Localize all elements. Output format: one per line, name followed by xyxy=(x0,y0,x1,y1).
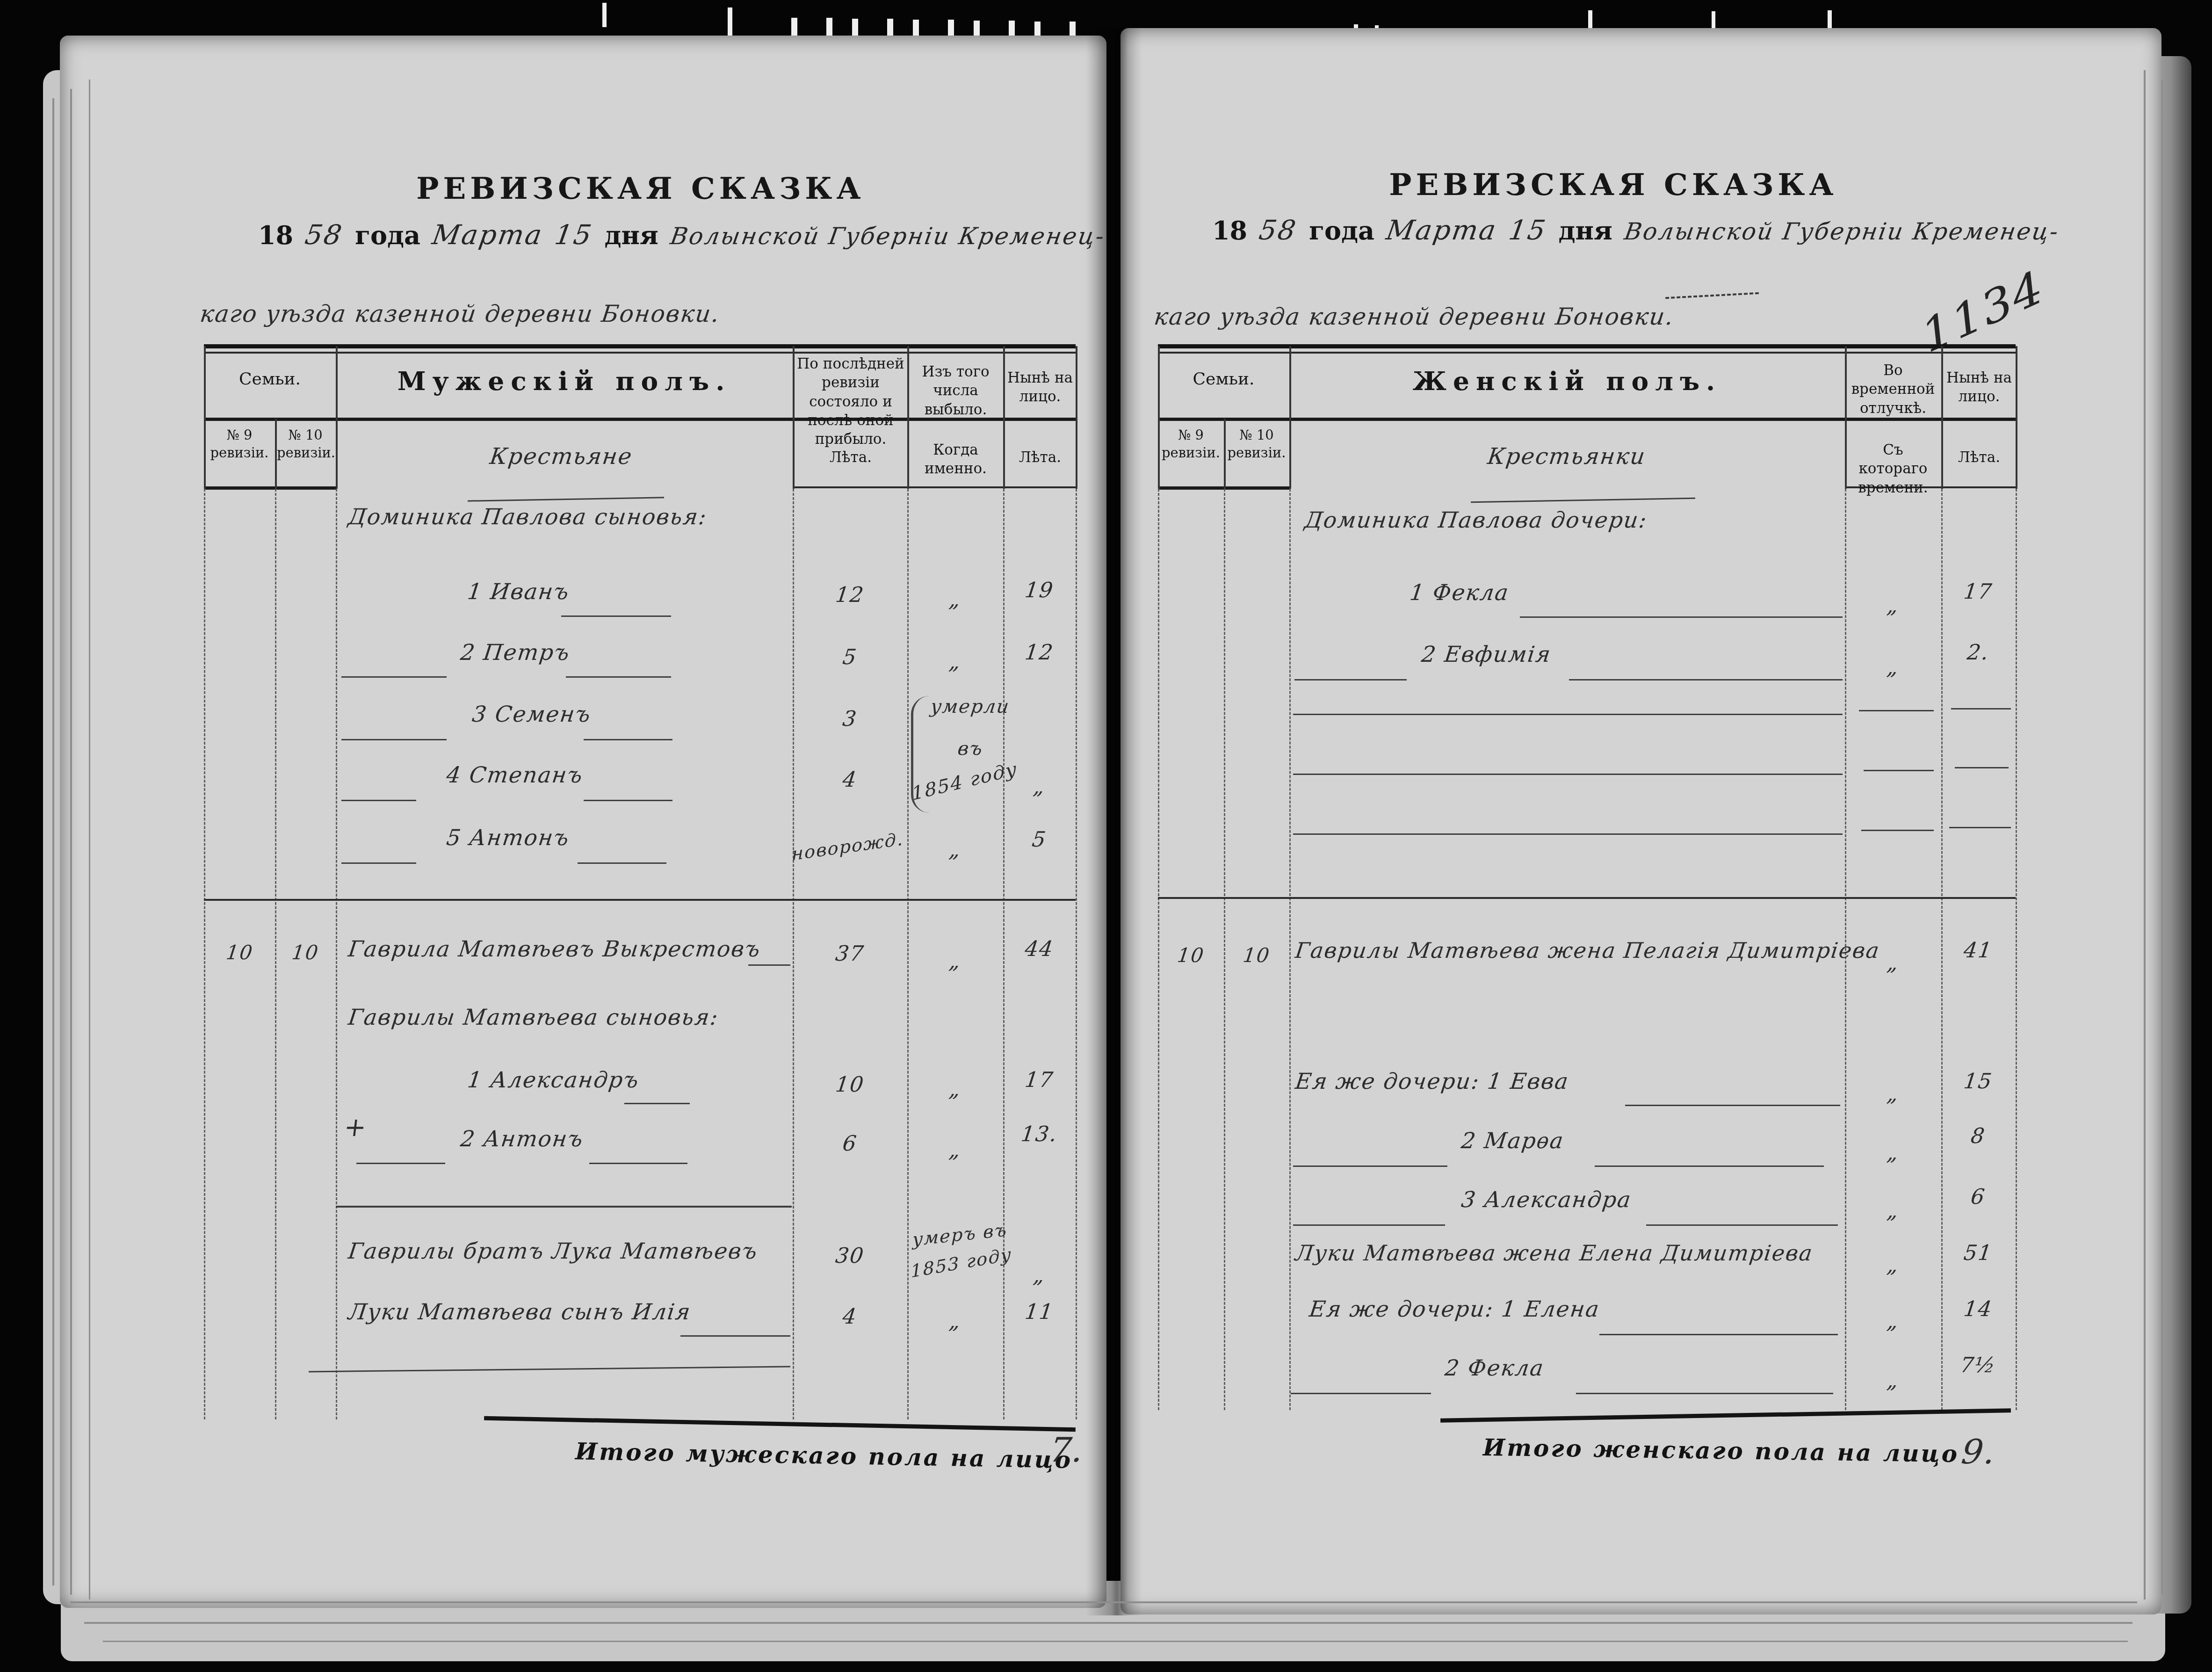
death-note-line2: въ xyxy=(956,738,984,760)
printed-year-prefix: 18 xyxy=(258,220,293,250)
family-no-10th: 10 xyxy=(275,941,335,964)
person-name: Ея же дочери: 1 Евва xyxy=(1294,1069,1570,1094)
person-name: 1 Иванъ xyxy=(466,579,571,605)
person-name: 5 Антонъ xyxy=(445,825,571,851)
col-present-header: Нынѣ на лицо. xyxy=(1005,369,1075,406)
table-rule xyxy=(204,352,1076,354)
since-when: „ xyxy=(1846,655,1941,680)
age-now: 12 xyxy=(1004,640,1075,665)
when-departed: „ xyxy=(908,1077,1003,1101)
person-name: 2 Марѳа xyxy=(1460,1128,1566,1154)
person-name: 2 Фекла xyxy=(1444,1355,1546,1381)
blank-row-dash xyxy=(1861,830,1934,831)
col-absent-sub: Съ котораго времени. xyxy=(1847,441,1939,497)
col-absent-header: Во временной отлучкѣ. xyxy=(1847,361,1939,418)
death-note-line1: умерли xyxy=(929,696,1011,717)
age-last-revision: 5 xyxy=(794,644,907,669)
table-column-line xyxy=(793,346,795,489)
family-group-header: Доминика Павлова сыновья: xyxy=(347,504,708,530)
family-divider xyxy=(204,899,1076,901)
lead-dash xyxy=(1293,1165,1447,1167)
age-now: 41 xyxy=(1942,938,2015,963)
female-total-value: 9. xyxy=(1959,1432,1998,1471)
hw-month: Марта xyxy=(430,219,545,251)
lead-dash xyxy=(356,1163,445,1164)
table-column-line xyxy=(1224,419,1226,489)
table-column-line xyxy=(1076,346,1077,489)
since-when: „ xyxy=(1846,1081,1941,1106)
family-no-9th: 10 xyxy=(204,941,275,964)
person-name: 3 Александра xyxy=(1460,1187,1633,1213)
male-total-value: 7. xyxy=(1048,1430,1086,1469)
blank-row-dash xyxy=(1949,827,2011,828)
person-name: Гаврила Матвѣевъ Выкрестовъ xyxy=(347,936,762,962)
left-place-line: каго уѣзда казенной деревни Боновки. xyxy=(198,300,721,327)
since-when: „ xyxy=(1846,1252,1941,1277)
col-male-header: Мужескій полъ. xyxy=(336,366,793,396)
lead-dash xyxy=(341,862,416,864)
table-column-line xyxy=(2016,346,2017,489)
age-now: „ xyxy=(1004,1263,1075,1288)
hw-day: 15 xyxy=(1506,214,1549,246)
when-departed: „ xyxy=(908,1309,1003,1333)
printed-dnya: дня xyxy=(1559,216,1612,246)
fill-line xyxy=(566,676,671,678)
age-last-revision: 37 xyxy=(794,941,907,966)
fill-line xyxy=(1576,1393,1833,1394)
person-name: Луки Матвѣева сынъ Илія xyxy=(347,1299,693,1325)
blank-row-dash xyxy=(1951,708,2011,709)
lead-dash xyxy=(1294,679,1407,680)
age-last-revision: 4 xyxy=(794,767,907,792)
film-tick xyxy=(602,3,607,27)
since-when: „ xyxy=(1846,1198,1941,1223)
family-divider xyxy=(1158,897,2016,899)
table-column-line xyxy=(1845,346,1847,489)
person-name: 2 Антонъ xyxy=(459,1126,585,1152)
age-now: 14 xyxy=(1942,1296,2015,1321)
since-when: „ xyxy=(1846,593,1941,618)
page-edge xyxy=(103,1641,2128,1642)
col-family-header: Семьи. xyxy=(1158,369,1289,389)
table-column-line xyxy=(1158,346,1160,489)
fill-line xyxy=(1599,1334,1838,1335)
col-family-header: Семьи. xyxy=(204,369,336,389)
table-column-line xyxy=(1076,489,1077,1419)
blank-row-dash xyxy=(1859,710,1934,711)
person-name: 2 Евфимія xyxy=(1420,642,1553,667)
blank-row-line xyxy=(1293,774,1843,775)
table-column-line xyxy=(1289,489,1291,1410)
family-no-9th: 10 xyxy=(1158,944,1223,967)
fill-line xyxy=(578,862,666,864)
col-rev10-header: № 10 ревизіи. xyxy=(1226,427,1287,462)
table-column-line xyxy=(907,489,909,1419)
lead-dash xyxy=(341,739,447,740)
age-now: 5 xyxy=(1004,827,1075,852)
age-now: 13. xyxy=(1004,1122,1075,1146)
person-name: 1 Фекла xyxy=(1409,580,1511,606)
lead-dash xyxy=(1293,1224,1445,1226)
table-rule xyxy=(1158,352,2016,354)
family-group-header: Доминика Павлова дочери: xyxy=(1303,507,1649,533)
family-no-10th: 10 xyxy=(1225,944,1288,967)
col-lastrev-header: По послѣдней ревизіи состояло и послѣ он… xyxy=(796,355,905,449)
fill-line xyxy=(1646,1224,1838,1226)
right-date-line: 1858 года Марта 15 дня Волынской Губерні… xyxy=(1212,214,2059,246)
person-name: 2 Петръ xyxy=(459,640,571,666)
age-last-revision: 3 xyxy=(794,706,907,731)
hw-year: 58 xyxy=(1257,214,1300,246)
page-edge xyxy=(70,1601,2137,1603)
page-edge xyxy=(2161,80,2163,1595)
when-departed: „ xyxy=(908,837,1003,862)
age-now: 19 xyxy=(1004,578,1075,602)
lead-dash xyxy=(341,800,416,801)
col-departed-sub: Когда именно. xyxy=(910,441,1001,478)
when-departed: „ xyxy=(908,649,1003,674)
age-now: 8 xyxy=(1942,1123,2015,1148)
hw-province: Волынской Губерніи Кременец- xyxy=(1622,218,2061,245)
estate-label-hw: Крестьяне xyxy=(443,443,680,470)
fill-line xyxy=(1625,1105,1840,1106)
age-now: 15 xyxy=(1942,1069,2015,1093)
table-column-line xyxy=(1941,489,1943,1410)
right-page-title: РЕВИЗСКАЯ СКАЗКА xyxy=(1342,167,1885,203)
printed-goda: года xyxy=(355,220,420,250)
fill-line xyxy=(624,1103,690,1104)
blank-row-dash xyxy=(1864,770,1934,771)
fill-line xyxy=(561,615,671,617)
since-when: „ xyxy=(1846,1368,1941,1393)
person-name: 1 Александръ xyxy=(466,1067,641,1093)
col-present-header: Нынѣ на лицо. xyxy=(1945,369,2014,406)
when-departed: „ xyxy=(908,1137,1003,1162)
since-when: „ xyxy=(1846,1309,1941,1333)
table-rule xyxy=(793,486,1076,488)
left-page xyxy=(60,36,1106,1608)
when-departed: „ xyxy=(908,948,1003,973)
section-divider xyxy=(336,1206,792,1208)
left-date-line: 1858 года Марта 15 дня Волынской Губерні… xyxy=(258,219,1105,251)
book-gutter xyxy=(1086,27,1142,1615)
blank-row-dash xyxy=(1955,767,2009,768)
page-edge xyxy=(52,98,54,1585)
table-rule xyxy=(204,344,1076,348)
hw-month: Марта xyxy=(1384,214,1499,246)
person-name: Луки Матвѣева жена Елена Димитріева xyxy=(1294,1240,1814,1266)
col-rev9-header: № 9 ревизіи. xyxy=(207,427,272,462)
table-rule xyxy=(1158,418,2016,421)
family-group-header: Гаврилы Матвѣева сыновья: xyxy=(347,1005,720,1030)
age-last-revision: 6 xyxy=(794,1131,907,1156)
col-present-sub: Лѣта. xyxy=(1005,448,1075,467)
table-column-line xyxy=(907,346,909,489)
age-now: 17 xyxy=(1004,1067,1075,1092)
table-column-line xyxy=(793,489,794,1419)
right-place-line: каго уѣзда казенной деревни Боновки. xyxy=(1152,303,1675,330)
since-when: „ xyxy=(1846,950,1941,975)
table-rule xyxy=(204,486,336,490)
age-now: 51 xyxy=(1942,1240,2015,1265)
fill-line xyxy=(584,739,672,740)
page-edge xyxy=(70,89,72,1595)
blank-row-line xyxy=(1293,833,1843,835)
col-present-sub: Лѣта. xyxy=(1945,448,2014,467)
printed-dnya: дня xyxy=(605,220,658,250)
age-last-revision: 30 xyxy=(794,1243,907,1268)
blank-row-line xyxy=(1293,714,1843,715)
person-name: 3 Семенъ xyxy=(471,702,593,727)
table-column-line xyxy=(336,489,337,1419)
fill-line xyxy=(1569,679,1843,680)
person-name: Гаврилы Матвѣева жена Пелагія Димитріева xyxy=(1294,938,1881,963)
age-last-revision: 12 xyxy=(794,582,907,607)
table-column-line xyxy=(1003,346,1005,489)
col-lastrev-sub: Лѣта. xyxy=(796,448,905,467)
table-column-line xyxy=(2016,489,2017,1410)
hw-day: 15 xyxy=(552,219,595,251)
page-edge xyxy=(84,1622,2132,1624)
person-name: 4 Степанъ xyxy=(445,762,585,788)
age-now: 6 xyxy=(1942,1184,2015,1209)
printed-year-prefix: 18 xyxy=(1212,216,1247,246)
col-departed-header: Изъ того числа выбыло. xyxy=(910,362,1001,419)
fill-line xyxy=(584,800,672,801)
table-column-line xyxy=(204,346,206,489)
person-name: Гаврилы братъ Лука Матвѣевъ xyxy=(347,1238,759,1264)
fill-line xyxy=(1520,616,1843,618)
age-now: 44 xyxy=(1004,936,1075,961)
age-last-revision: 10 xyxy=(794,1072,907,1097)
table-column-line xyxy=(1158,489,1159,1410)
checkmark: + xyxy=(342,1112,369,1143)
microfilm-scan: РЕВИЗСКАЯ СКАЗКА 1858 года Марта 15 дня … xyxy=(0,0,2212,1672)
page-edge xyxy=(2144,70,2146,1600)
person-name: Ея же дочери: 1 Елена xyxy=(1308,1296,1601,1322)
estate-label-hw: Крестьянки xyxy=(1448,443,1685,470)
age-now: 2. xyxy=(1942,640,2015,665)
hw-year: 58 xyxy=(303,219,346,251)
age-now: 11 xyxy=(1004,1299,1075,1324)
table-column-line xyxy=(1941,346,1943,489)
table-column-line xyxy=(1224,489,1225,1410)
since-when: „ xyxy=(1846,1140,1941,1165)
film-tick xyxy=(728,7,732,36)
col-female-header: Женскій полъ. xyxy=(1289,366,1845,396)
left-page-title: РЕВИЗСКАЯ СКАЗКА xyxy=(369,171,912,206)
age-now: 17 xyxy=(1942,579,2015,604)
col-rev9-header: № 9 ревизіи. xyxy=(1160,427,1222,462)
age-last-revision: 4 xyxy=(794,1304,907,1329)
page-edge xyxy=(89,80,90,1600)
col-rev10-header: № 10 ревизіи. xyxy=(277,427,334,462)
table-rule xyxy=(1158,344,2016,348)
fill-line xyxy=(1595,1165,1824,1167)
hw-province: Волынской Губерніи Кременец- xyxy=(668,223,1107,250)
printed-goda: года xyxy=(1309,216,1374,246)
fill-line xyxy=(748,964,790,966)
age-now: 7½ xyxy=(1942,1353,2015,1377)
when-departed: „ xyxy=(908,587,1003,612)
lead-dash xyxy=(1291,1393,1431,1394)
lead-dash xyxy=(341,676,447,678)
fill-line xyxy=(680,1335,790,1337)
fill-line xyxy=(589,1163,687,1164)
